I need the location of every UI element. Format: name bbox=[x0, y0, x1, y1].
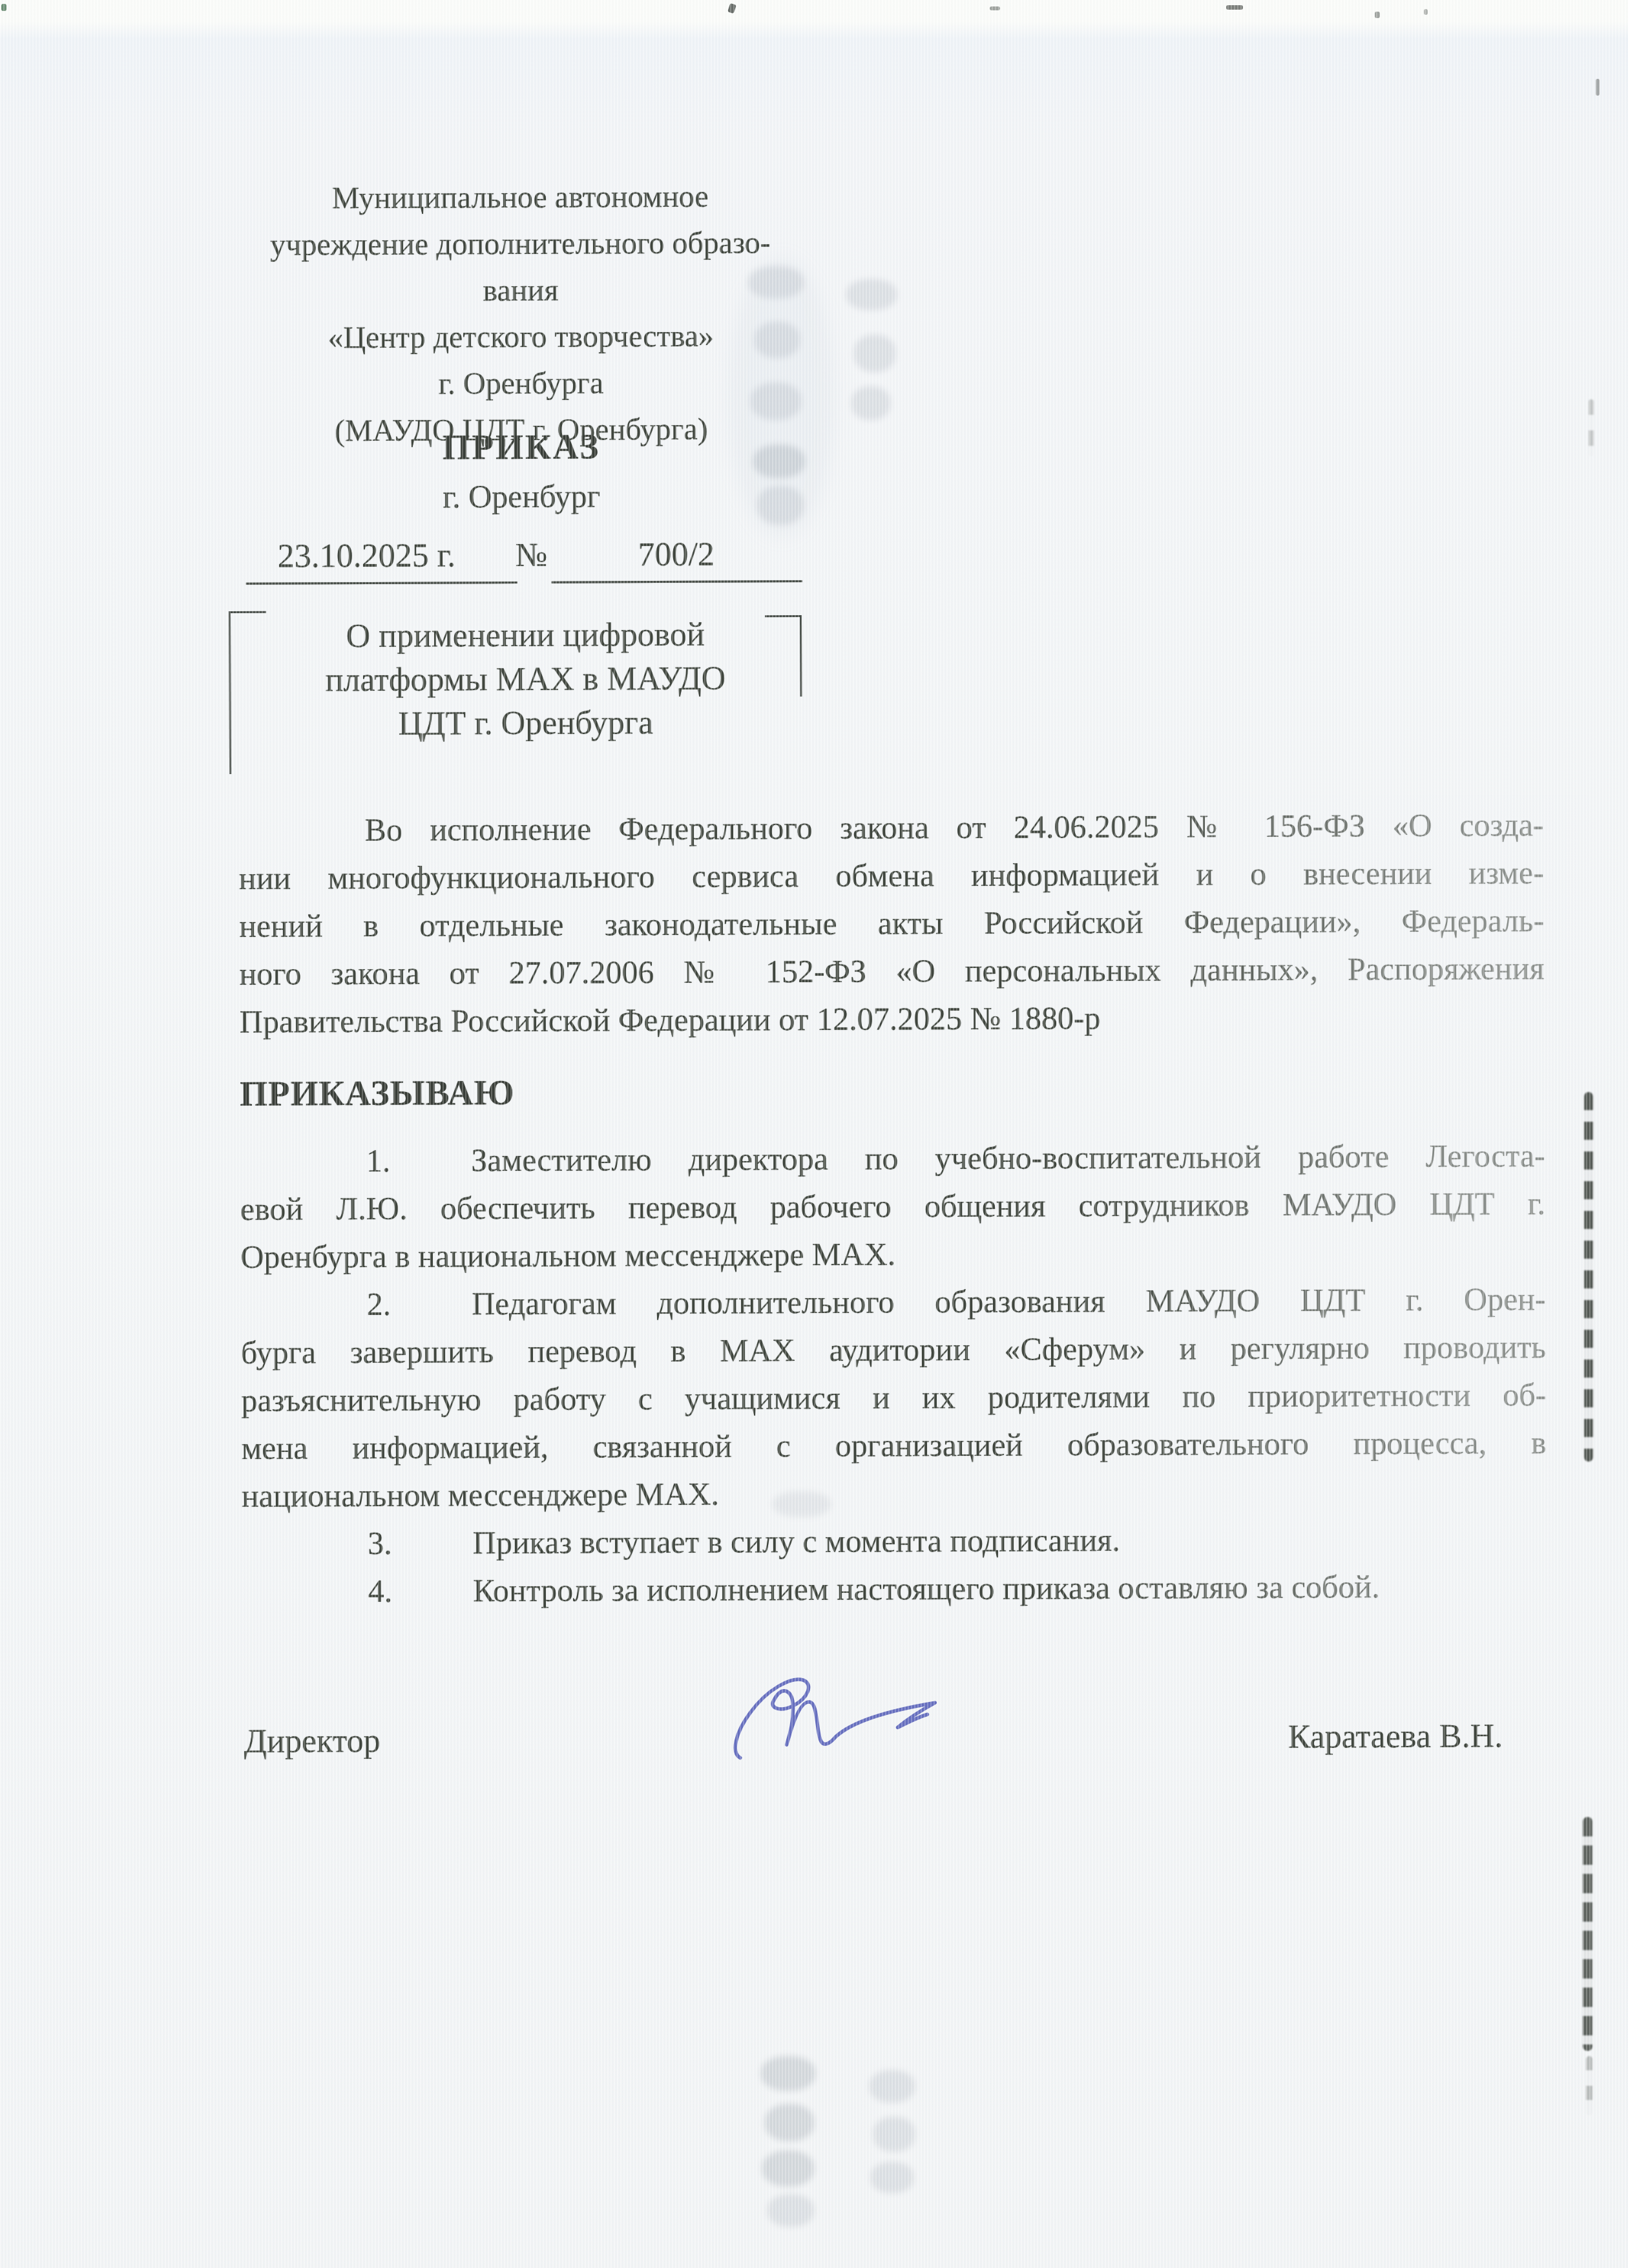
scan-speck bbox=[1596, 79, 1600, 96]
ghost-smudge bbox=[762, 2150, 814, 2187]
preamble-line: ного закона от 27.07.2006 № 152-ФЗ «О пе… bbox=[239, 944, 1544, 998]
item-line: евой Л.Ю. обеспечить перевод рабочего об… bbox=[240, 1179, 1545, 1233]
item-line: 3.Приказ вступает в силу с момента подпи… bbox=[242, 1514, 1547, 1568]
tab-spacer bbox=[391, 1314, 472, 1315]
preamble-line: нений в отдельные законодательные акты Р… bbox=[239, 896, 1544, 950]
place-line: г. Оренбург bbox=[256, 476, 786, 517]
org-line: вания bbox=[256, 266, 786, 315]
doc-type-heading: ПРИКАЗ bbox=[256, 426, 786, 468]
item-text: Заместителю директора по учебно-воспитат… bbox=[471, 1137, 1545, 1178]
edge-artifact bbox=[1583, 1817, 1592, 2051]
preamble-paragraph: Во исполнение Федерального закона от 24.… bbox=[238, 801, 1545, 1045]
corner-mark-left-icon bbox=[229, 611, 266, 613]
corner-mark-right-icon bbox=[800, 615, 802, 697]
item-text: Приказ вступает в силу с момента подписа… bbox=[473, 1522, 1120, 1560]
number-underline bbox=[552, 580, 802, 583]
resolution-word: ПРИКАЗЫВАЮ bbox=[240, 1069, 515, 1118]
item-line: бурга завершить перевод в MAX аудитории … bbox=[241, 1323, 1546, 1376]
tab-spacer bbox=[390, 1171, 471, 1171]
org-line: г. Оренбурга bbox=[256, 359, 786, 408]
preamble-line: Правительства Российской Федерации от 12… bbox=[240, 992, 1545, 1045]
preamble-line: Во исполнение Федерального закона от 24.… bbox=[238, 801, 1543, 854]
number-value: 700/2 bbox=[552, 535, 799, 575]
scan-speck bbox=[1375, 12, 1380, 18]
ghost-smudge bbox=[871, 2162, 913, 2193]
item-line: мена информацией, связанной с организаци… bbox=[241, 1418, 1546, 1472]
scanned-document-page: Муниципальное автономное учреждение допо… bbox=[0, 0, 1628, 2268]
corner-mark-left-icon bbox=[229, 611, 231, 774]
date-underline bbox=[246, 582, 517, 585]
item-line: разъяснительную работу с учащимися и их … bbox=[241, 1370, 1546, 1424]
item-line: 1.Заместителю директора по учебно-воспит… bbox=[240, 1131, 1545, 1185]
item-text: Контроль за исполнением настоящего прика… bbox=[473, 1568, 1380, 1608]
ghost-smudge bbox=[757, 486, 804, 525]
ghost-smudge bbox=[873, 2117, 915, 2152]
ghost-smudge bbox=[846, 279, 897, 310]
preamble-line: нии многофункционального сервиса обмена … bbox=[239, 848, 1544, 902]
order-items: 1.Заместителю директора по учебно-воспит… bbox=[240, 1131, 1547, 1615]
org-line: учреждение дополнительного образо- bbox=[255, 220, 785, 269]
item-number: 2. bbox=[367, 1286, 391, 1322]
scan-speck bbox=[1226, 5, 1243, 10]
edge-artifact bbox=[1584, 1092, 1593, 1462]
ghost-smudge bbox=[755, 322, 800, 358]
item-number: 1. bbox=[366, 1142, 391, 1179]
subject-line: О применении цифровой bbox=[257, 613, 793, 659]
edge-artifact bbox=[1586, 2056, 1592, 2116]
edge-artifact bbox=[1589, 399, 1594, 456]
ghost-smudge bbox=[761, 2056, 815, 2091]
scan-speck bbox=[990, 6, 1000, 10]
scan-speck bbox=[1424, 9, 1428, 15]
ghost-smudge bbox=[765, 2104, 814, 2141]
org-header-block: Муниципальное автономное учреждение допо… bbox=[255, 173, 786, 455]
tab-spacer bbox=[392, 1553, 473, 1554]
signature-position: Директор bbox=[244, 1722, 380, 1761]
item-number: 4. bbox=[368, 1573, 392, 1609]
ghost-smudge bbox=[751, 383, 801, 420]
ghost-smudge bbox=[767, 2194, 814, 2227]
ghost-smudge bbox=[851, 386, 890, 420]
item-line: Оренбурга в национальном мессенджере MAX… bbox=[240, 1227, 1545, 1281]
item-text: Педагогам дополнительного образования МА… bbox=[472, 1281, 1546, 1321]
ghost-smudge bbox=[773, 1491, 831, 1517]
ghost-smudge bbox=[753, 445, 805, 478]
item-line: национальном мессенджере MAX. bbox=[242, 1466, 1547, 1520]
date-value: 23.10.2025 г. bbox=[277, 536, 455, 576]
item-line: 4.Контроль за исполнением настоящего при… bbox=[242, 1562, 1547, 1615]
ghost-smudge bbox=[870, 2070, 915, 2103]
item-number: 3. bbox=[368, 1525, 392, 1561]
item-line: 2.Педагогам дополнительного образования … bbox=[241, 1275, 1546, 1328]
org-line: «Центр детского творчества» bbox=[256, 313, 786, 362]
subject-line: платформы MAX в МАУДО bbox=[257, 656, 793, 703]
ghost-smudge bbox=[748, 266, 804, 299]
ghost-smudge bbox=[854, 335, 895, 372]
handwritten-signature-stroke bbox=[722, 1660, 955, 1771]
org-line: Муниципальное автономное bbox=[255, 173, 785, 222]
subject-line: ЦДТ г. Оренбурга bbox=[258, 700, 794, 747]
signature-name: Каратаева В.Н. bbox=[1288, 1717, 1503, 1756]
scan-speck bbox=[1, 4, 6, 11]
number-sign: № bbox=[515, 536, 547, 575]
tab-spacer bbox=[392, 1601, 473, 1602]
subject-block: О применении цифровой платформы MAX в МА… bbox=[257, 613, 794, 747]
